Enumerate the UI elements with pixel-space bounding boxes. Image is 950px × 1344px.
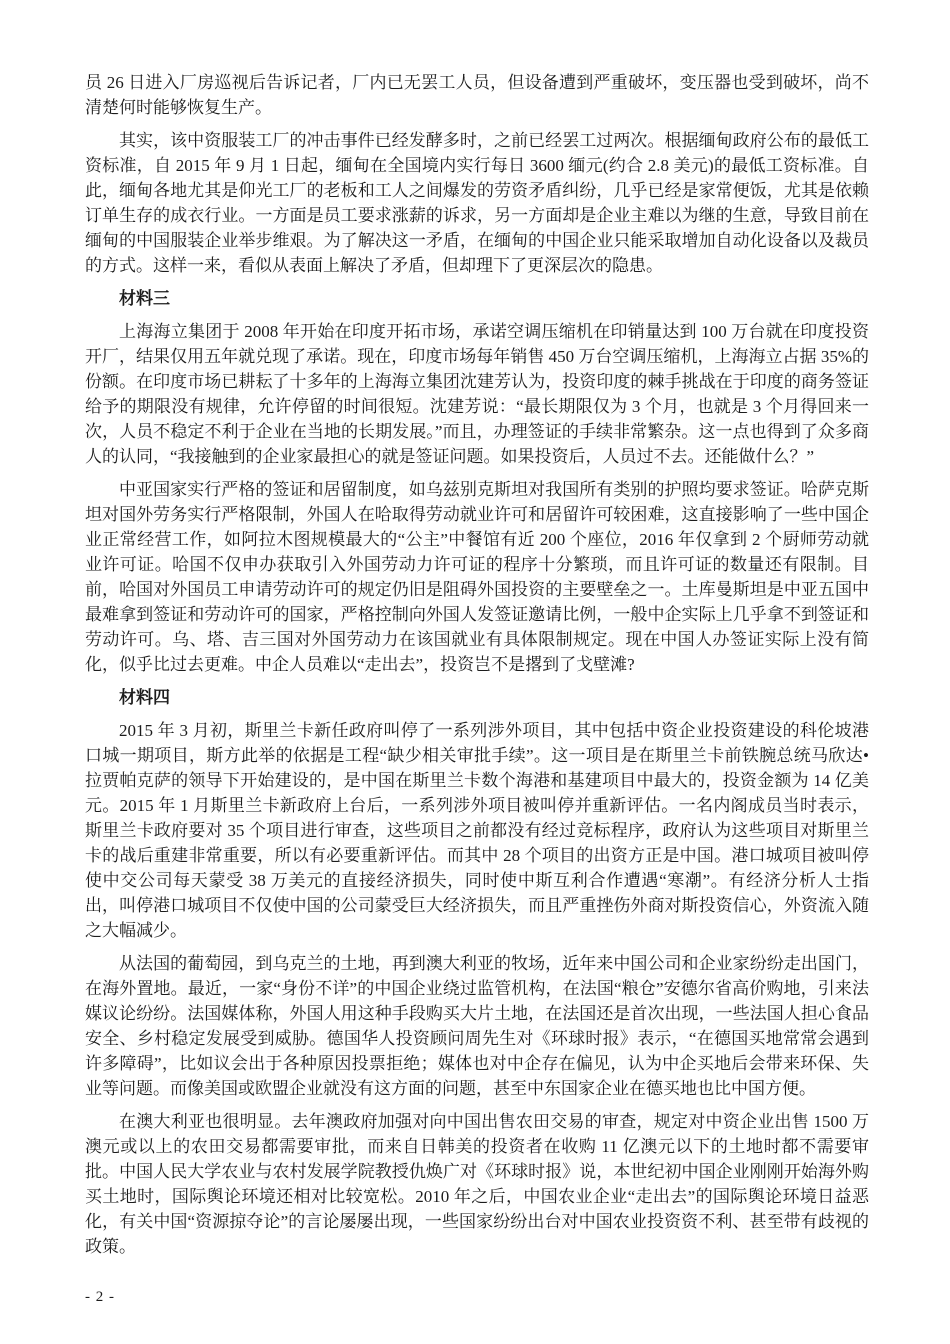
document-text-area: 员 26 日进入厂房巡视后告诉记者，厂内已无罢工人员，但设备遭到严重破坏，变压器… (85, 70, 869, 1267)
paragraph-australia-farmland-review: 在澳大利亚也很明显。去年澳政府加强对向中国出售农田交易的审查，规定对中资企业出售… (85, 1109, 869, 1259)
paragraph-central-asia-visa-restrictions: 中亚国家实行严格的签证和居留制度，如乌兹别克斯坦对我国所有类别的护照均要求签证。… (85, 477, 869, 677)
paragraph-overseas-land-purchases: 从法国的葡萄园，到乌克兰的土地，再到澳大利亚的牧场，近年来中国公司和企业家纷纷走… (85, 951, 869, 1101)
page-number: - 2 - (85, 1287, 115, 1307)
heading-material-three: 材料三 (85, 286, 869, 311)
paragraph-myanmar-garment-industry: 其实，该中资服装工厂的冲击事件已经发酵多时，之前已经罢工过两次。根据缅甸政府公布… (85, 128, 869, 278)
paragraph-sri-lanka-port-project: 2015 年 3 月初，斯里兰卡新任政府叫停了一系列涉外项目，其中包括中资企业投… (85, 718, 869, 943)
document-page: 员 26 日进入厂房巡视后告诉记者，厂内已无罢工人员，但设备遭到严重破坏，变压器… (0, 0, 950, 1344)
heading-material-four: 材料四 (85, 685, 869, 710)
paragraph-factory-strike-continuation: 员 26 日进入厂房巡视后告诉记者，厂内已无罢工人员，但设备遭到严重破坏，变压器… (85, 70, 869, 120)
paragraph-shanghai-highly-india: 上海海立集团于 2008 年开始在印度开拓市场，承诺空调压缩机在印销量达到 10… (85, 319, 869, 469)
